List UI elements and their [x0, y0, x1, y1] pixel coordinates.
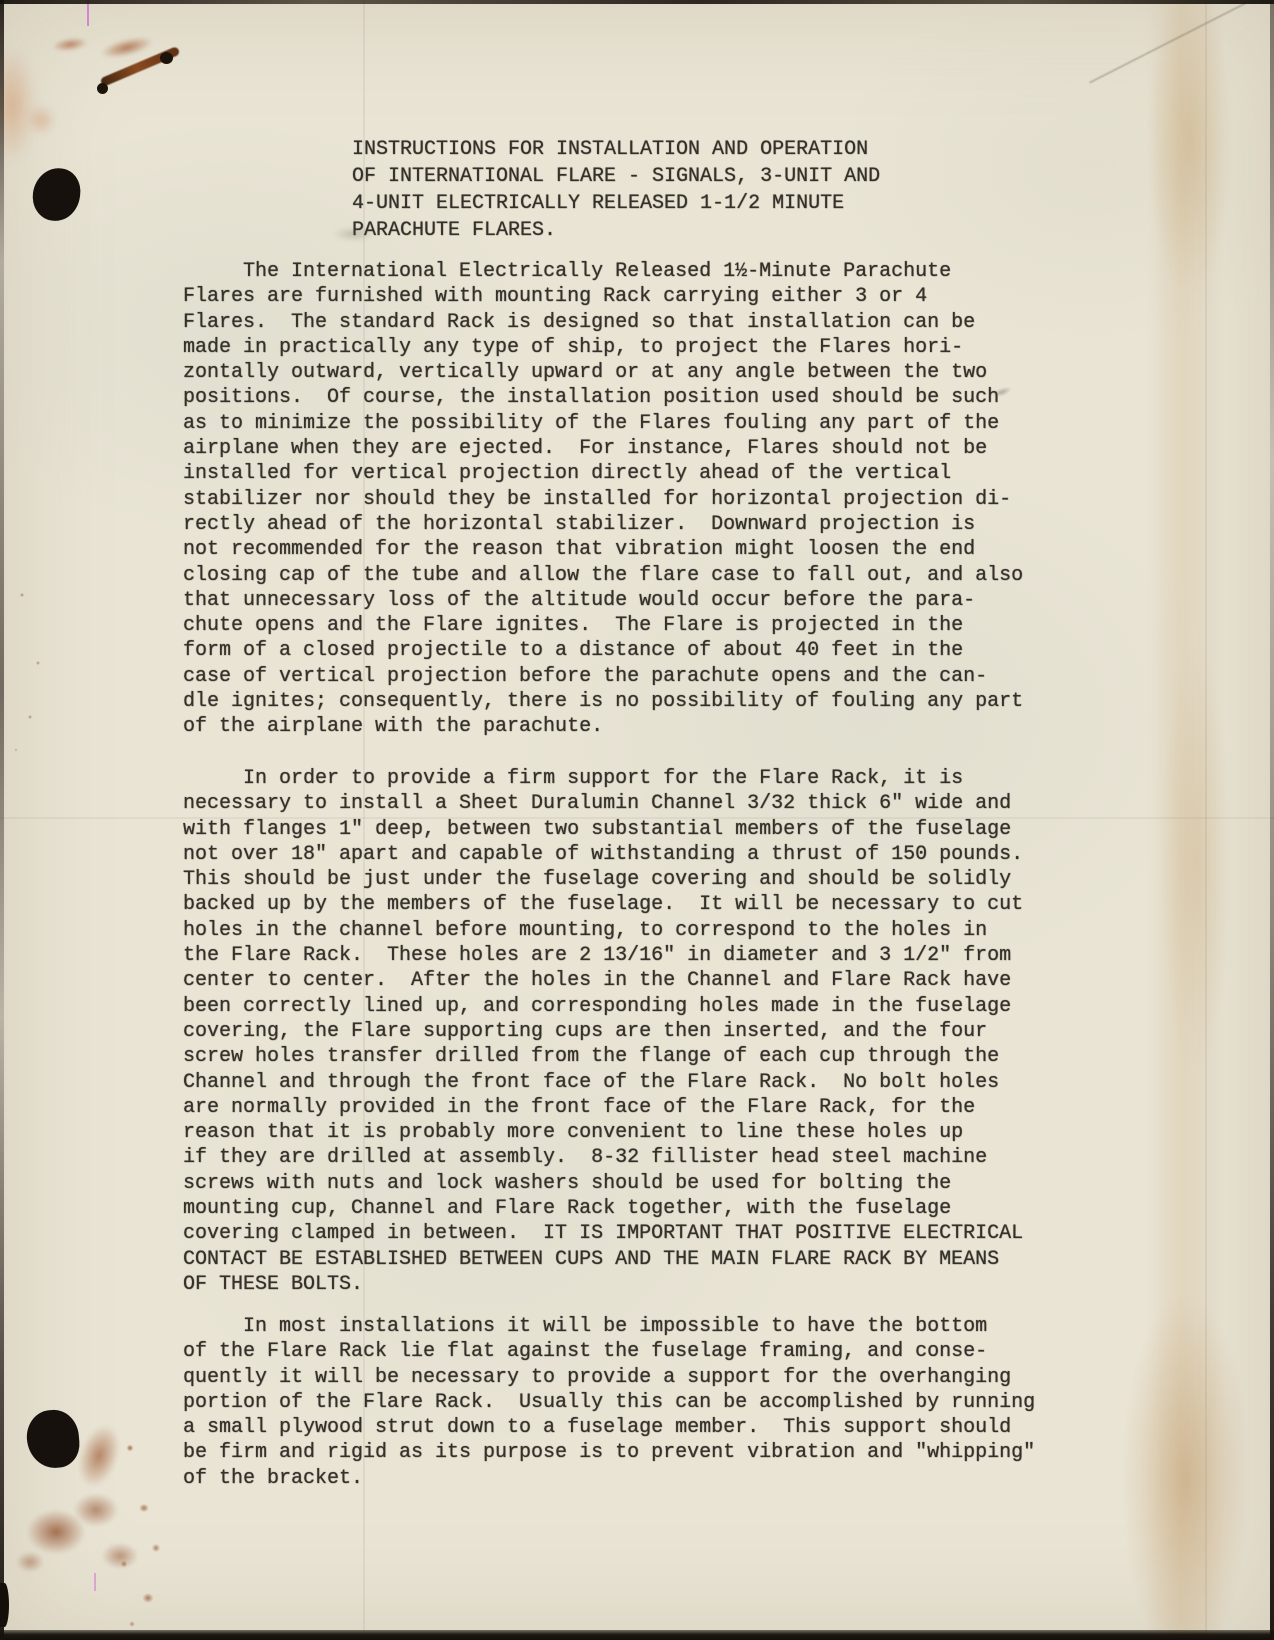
rust-streak-end-dot-upper: [160, 52, 173, 64]
scan-edge-bottom: [0, 1630, 1274, 1640]
rust-staple-streak: [100, 46, 181, 87]
paragraph-3: In most installations it will be impossi…: [183, 1314, 1088, 1491]
rust-wash-left-edge: [0, 48, 36, 163]
rust-smudge-small: [51, 36, 88, 54]
rust-streak-end-dot-lower: [97, 83, 108, 94]
ink-blot-bottom-left: [25, 1408, 82, 1470]
paragraph-2: In order to provide a firm support for t…: [183, 766, 1088, 1297]
rust-specks-left-margin: [8, 585, 53, 760]
document-title: INSTRUCTIONS FOR INSTALLATION AND OPERAT…: [352, 136, 972, 244]
rust-smudge-large: [99, 33, 156, 63]
rust-splotch-cluster: [8, 1470, 163, 1585]
rust-smudge-bottom-left: [71, 1420, 127, 1493]
ink-blot-top-left: [30, 165, 84, 224]
faint-rust-ring: [26, 104, 56, 136]
pink-fiber-mark-top: [87, 0, 89, 26]
paragraph-1: The International Electrically Released …: [183, 259, 1088, 740]
scan-edge-right: [1270, 0, 1274, 1640]
corner-crease-top-right: [1089, 2, 1246, 83]
rust-dot-trail: [108, 1436, 183, 1640]
scan-edge-notch-bottom-left: [0, 1583, 9, 1627]
scan-edge-left: [0, 0, 4, 1640]
pink-fiber-mark-bottom: [94, 1573, 96, 1591]
scan-edge-top: [0, 0, 1274, 4]
vertical-fold-crease-right: [1205, 0, 1207, 1640]
scanned-document-page: INSTRUCTIONS FOR INSTALLATION AND OPERAT…: [0, 0, 1274, 1640]
